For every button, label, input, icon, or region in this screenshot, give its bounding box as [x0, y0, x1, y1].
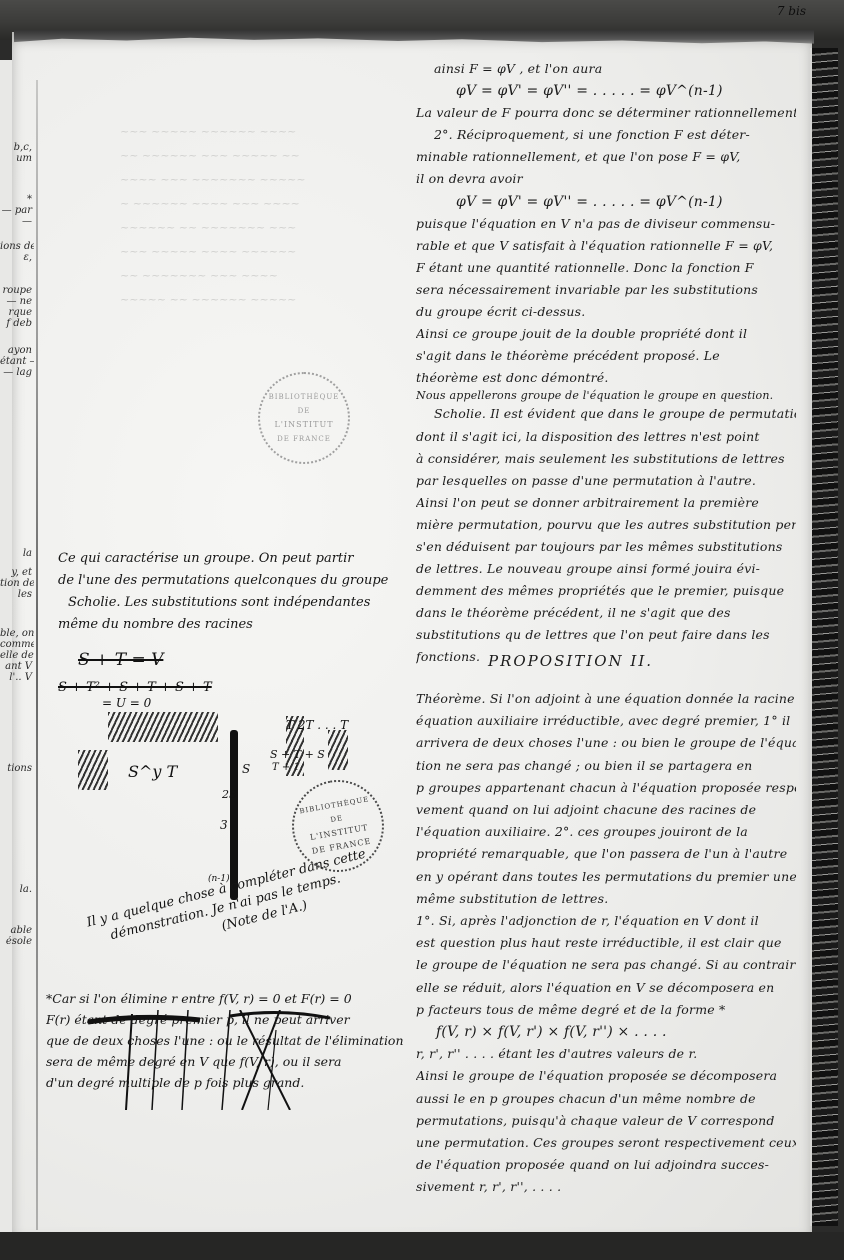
cross-out-icon: [80, 1010, 350, 1110]
text-line: l'équation auxiliaire. 2°. ces groupes j…: [416, 821, 796, 843]
crossed-out-block: [108, 712, 218, 742]
text-line: F étant une quantité rationnelle. Donc l…: [416, 257, 796, 279]
text-line: dont il s'agit ici, la disposition des l…: [416, 426, 796, 448]
library-stamp: BIBLIOTHÈQUE DE L'INSTITUT DE FRANCE: [258, 372, 350, 464]
vertical-ink-stroke: [230, 730, 238, 900]
text-line: La valeur de F pourra donc se déterminer…: [416, 102, 796, 124]
scribble-equation: S + T² + S + T + S + T: [58, 680, 212, 695]
text-line: propriété remarquable, que l'on passera …: [416, 843, 796, 865]
fragment: tion de: [0, 578, 34, 589]
text-line: p facteurs tous de même degré et de la f…: [416, 999, 796, 1021]
text-line: 1°. Si, après l'adjonction de r, l'équat…: [416, 910, 796, 932]
fragment: y, et: [0, 567, 34, 578]
text-line: équation auxiliaire irréductible, avec d…: [416, 710, 796, 732]
text-line: tion ne sera pas changé ; ou bien il se …: [416, 755, 796, 777]
fragment: um: [0, 153, 34, 164]
text-line: minable rationnellement, et que l'on pos…: [416, 146, 796, 168]
text-line: s'agit dans le théorème précédent propos…: [416, 345, 796, 367]
fragment: elle de l: [0, 650, 34, 661]
fragment: ésole: [0, 936, 34, 947]
fragment: —: [0, 216, 34, 227]
margin-note-line: Scholie. Les substitutions sont indépend…: [58, 592, 408, 614]
text-line: r, r', r'' . . . . étant les d'autres va…: [416, 1043, 796, 1065]
scribble-equation: S + T = V: [78, 650, 163, 670]
text-line: 2°. Réciproquement, si une fonction F es…: [416, 124, 796, 146]
text-line: Ainsi le groupe de l'équation proposée s…: [416, 1065, 796, 1087]
text-line: sivement r, r', r'', . . . .: [416, 1176, 796, 1198]
proposition-text-column: Théorème. Si l'on adjoint à une équation…: [416, 688, 796, 1199]
text-line: à considérer, mais seulement les substit…: [416, 448, 796, 470]
book-binding-edge: [810, 48, 838, 1226]
scribble-equation: = U = 0: [102, 696, 151, 710]
footnote-line: *Car si l'on élimine r entre f(V, r) = 0…: [46, 988, 406, 1009]
fragment: b,c,: [0, 142, 34, 153]
fragment: ayon: [0, 345, 34, 356]
text-line: substitutions qu de lettres que l'on peu…: [416, 624, 796, 646]
text-line: de l'équation proposée quand on lui adjo…: [416, 1154, 796, 1176]
text-line: de lettres. Le nouveau groupe ainsi form…: [416, 558, 796, 580]
fragment: l'.. V: [0, 672, 34, 683]
text-line: Ainsi l'on peut se donner arbitrairement…: [416, 492, 796, 514]
text-line: rable et que V satisfait à l'équation ra…: [416, 235, 796, 257]
fragment: roupe: [0, 285, 34, 296]
fragment: ble, on: [0, 628, 34, 639]
text-line: Nous appellerons groupe de l'équation le…: [416, 389, 796, 403]
previous-page-fragments: b,c, um * — par — ions de ε, roupe — ne …: [0, 100, 34, 947]
crossed-out-block: [328, 730, 348, 770]
fragment: f deb: [0, 318, 34, 329]
fragment: comme: [0, 639, 34, 650]
text-line: il on devra avoir: [416, 168, 796, 190]
text-line: p groupes appartenant chacun à l'équatio…: [416, 777, 796, 799]
scribble-index: 3: [220, 818, 228, 832]
fragment: — lag: [0, 367, 34, 378]
text-line: puisque l'équation en V n'a pas de divis…: [416, 213, 796, 235]
page-gutter: [36, 80, 38, 1230]
bleed-through-text: ~~~ ~~~~~ ~~~~~~ ~~~~ ~~ ~~~~~~ ~~~ ~~~~…: [120, 120, 390, 312]
text-line: vement quand on lui adjoint chacune des …: [416, 799, 796, 821]
equation-line: φV = φV' = φV'' = . . . . . = φV^(n-1): [416, 80, 796, 102]
proposition-heading: PROPOSITION II.: [488, 652, 653, 670]
text-line: Théorème. Si l'on adjoint à une équation…: [416, 688, 796, 710]
margin-note-line: Ce qui caractérise un groupe. On peut pa…: [58, 548, 408, 570]
scribble-index: S: [242, 762, 250, 776]
fragment: rque: [0, 307, 34, 318]
text-line: même substitution de lettres.: [416, 888, 796, 910]
text-line: du groupe écrit ci-dessus.: [416, 301, 796, 323]
fragment: *: [0, 194, 34, 205]
text-line: ainsi F = φV , et l'on aura: [416, 58, 796, 80]
scribble-term: S^y T: [128, 762, 177, 781]
text-line: s'en déduisent par toujours par les même…: [416, 536, 796, 558]
folio-number: 7 bis: [777, 4, 806, 18]
equation-line: f(V, r) × f(V, r') × f(V, r'') × . . . .: [416, 1021, 796, 1043]
text-line: permutations, puisqu'à chaque valeur de …: [416, 1110, 796, 1132]
equation-line: φV = φV' = φV'' = . . . . . = φV^(n-1): [416, 191, 796, 213]
text-line: aussi le en p groupes chacun d'un même n…: [416, 1088, 796, 1110]
fragment: — ne: [0, 296, 34, 307]
crossed-out-block: [78, 750, 108, 790]
text-line: par lesquelles on passe d'une permutatio…: [416, 470, 796, 492]
fragment: able: [0, 925, 34, 936]
text-line: arrivera de deux choses l'une : ou bien …: [416, 732, 796, 754]
crossed-out-block: [286, 716, 304, 776]
text-line: en y opérant dans toutes les permutation…: [416, 866, 796, 888]
fragment: tions: [0, 763, 34, 774]
fragment: ant V: [0, 661, 34, 672]
fragment: ε,: [0, 252, 34, 263]
margin-note-line: même du nombre des racines: [58, 614, 408, 636]
fragment: les: [0, 589, 34, 600]
text-line: une permutation. Ces groupes seront resp…: [416, 1132, 796, 1154]
margin-note-line: de l'une des permutations quelconques du…: [58, 570, 408, 592]
text-line: dans le théorème précédent, il ne s'agit…: [416, 602, 796, 624]
margin-note: Ce qui caractérise un groupe. On peut pa…: [58, 548, 408, 636]
text-line: le groupe de l'équation ne sera pas chan…: [416, 954, 796, 976]
text-line: demment des mêmes propriétés que le prem…: [416, 580, 796, 602]
scribble-index: 2S: [222, 788, 237, 801]
fragment: la.: [0, 884, 34, 895]
fragment: ions de: [0, 241, 34, 252]
text-line: elle se réduit, alors l'équation en V se…: [416, 977, 796, 999]
footnote-cross-out-strokes: [80, 1010, 350, 1110]
bottom-dark-strip: [0, 1232, 844, 1260]
main-text-column: ainsi F = φV , et l'on aura φV = φV' = φ…: [416, 58, 796, 669]
text-line: Ainsi ce groupe jouit de la double propr…: [416, 323, 796, 345]
fragment: la: [0, 548, 34, 559]
text-line: théorème est donc démontré.: [416, 367, 796, 389]
text-line: mière permutation, pourvu que les autres…: [416, 514, 796, 536]
text-line: sera nécessairement invariable par les s…: [416, 279, 796, 301]
text-line: est question plus haut reste irréductibl…: [416, 932, 796, 954]
fragment: étant —: [0, 356, 34, 367]
fragment: — par: [0, 205, 34, 216]
text-line: Scholie. Il est évident que dans le grou…: [416, 403, 796, 425]
